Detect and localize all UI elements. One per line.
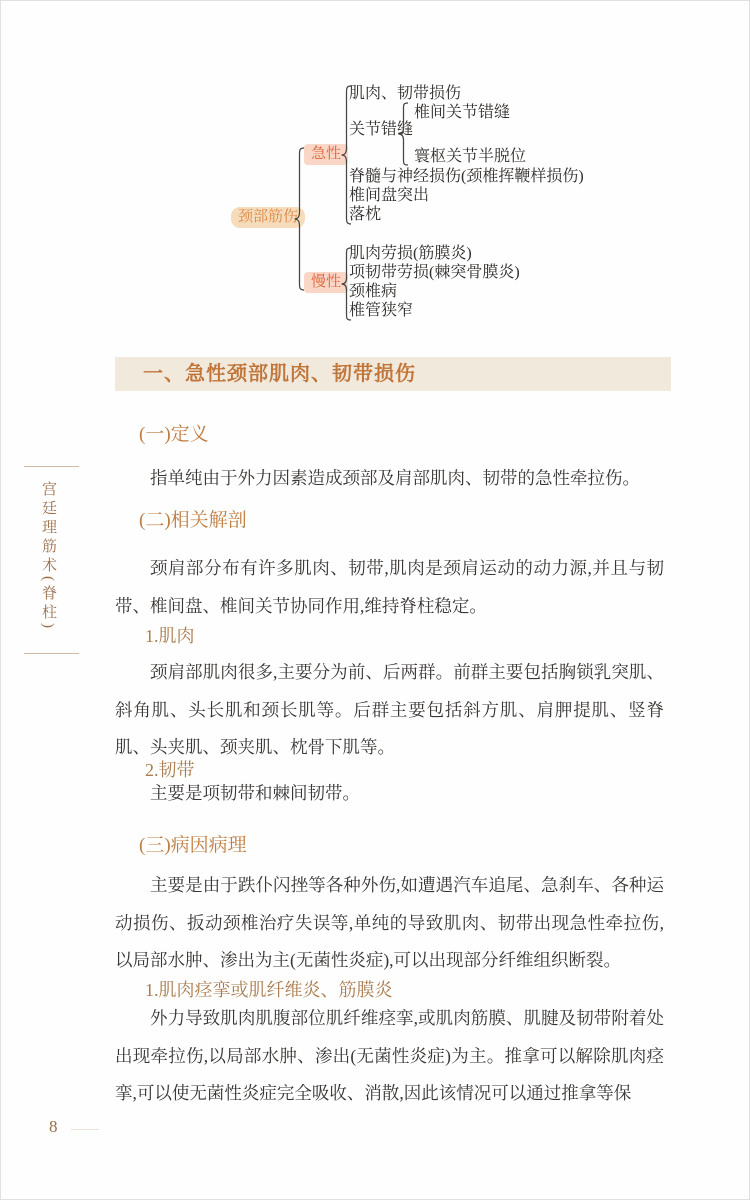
heading-anatomy: (二)相关解剖	[139, 507, 247, 535]
paragraph-ligament: 主要是项韧带和棘间韧带。	[115, 775, 664, 813]
book-title-vertical: 宫廷理筋术(脊柱)	[38, 481, 59, 632]
diagram-item: 椎间盘突出	[349, 188, 429, 204]
sidebar-rule-bottom	[24, 653, 79, 654]
section-title: 一、急性颈部肌肉、韧带损伤	[143, 357, 671, 391]
heading-pathology: (三)病因病理	[139, 832, 247, 860]
joint-brace	[397, 102, 409, 166]
paragraph-anatomy: 颈肩部分布有许多肌肉、韧带,肌肉是颈肩运动的动力源,并且与韧带、椎间盘、椎间关节…	[115, 550, 664, 625]
diagram-item: 椎管狭窄	[349, 303, 413, 319]
diagram-item: 脊髓与神经损伤(颈椎挥鞭样损伤)	[349, 169, 584, 185]
diagram-item: 项韧带劳损(棘突骨膜炎)	[349, 265, 520, 281]
heading-definition: (一)定义	[139, 421, 209, 449]
paragraph-pathology: 主要是由于跌仆闪挫等各种外伤,如遭遇汽车追尾、急刹车、各种运动损伤、扳动颈椎治疗…	[115, 867, 664, 980]
diagram-item: 肌肉劳损(筋膜炎)	[349, 246, 472, 262]
sidebar-rule-top	[24, 466, 79, 467]
paragraph-definition: 指单纯由于外力因素造成颈部及肩部肌肉、韧带的急性牵拉伤。	[115, 460, 664, 498]
page-number: 8	[49, 1117, 58, 1137]
diagram-item: 寰枢关节半脱位	[414, 149, 526, 165]
diagram-item: 落枕	[349, 207, 381, 223]
section-header-bar: 一、急性颈部肌肉、韧带损伤	[115, 357, 671, 391]
diagram-item: 颈椎病	[349, 284, 397, 300]
diagram-item: 椎间关节错缝	[414, 105, 510, 121]
heading-muscle: 1.肌肉	[145, 623, 195, 649]
footer-rule	[71, 1129, 99, 1130]
acute-brace	[340, 85, 352, 225]
paragraph-spasm: 外力导致肌肉肌腹部位肌纤维痉挛,或肌肉筋膜、肌腱及韧带附着处出现牵拉伤,以局部水…	[115, 1000, 664, 1113]
paragraph-muscle: 颈肩部肌肉很多,主要分为前、后两群。前群主要包括胸锁乳突肌、斜角肌、头长肌和颈长…	[115, 654, 664, 767]
root-brace	[293, 147, 305, 291]
diagram-item: 肌肉、韧带损伤	[349, 86, 461, 102]
book-page: 颈部筋伤 急性 肌肉、韧带损伤 关节错缝 椎间关节错缝 寰枢关节半脱位 脊髓与神…	[0, 0, 750, 1200]
